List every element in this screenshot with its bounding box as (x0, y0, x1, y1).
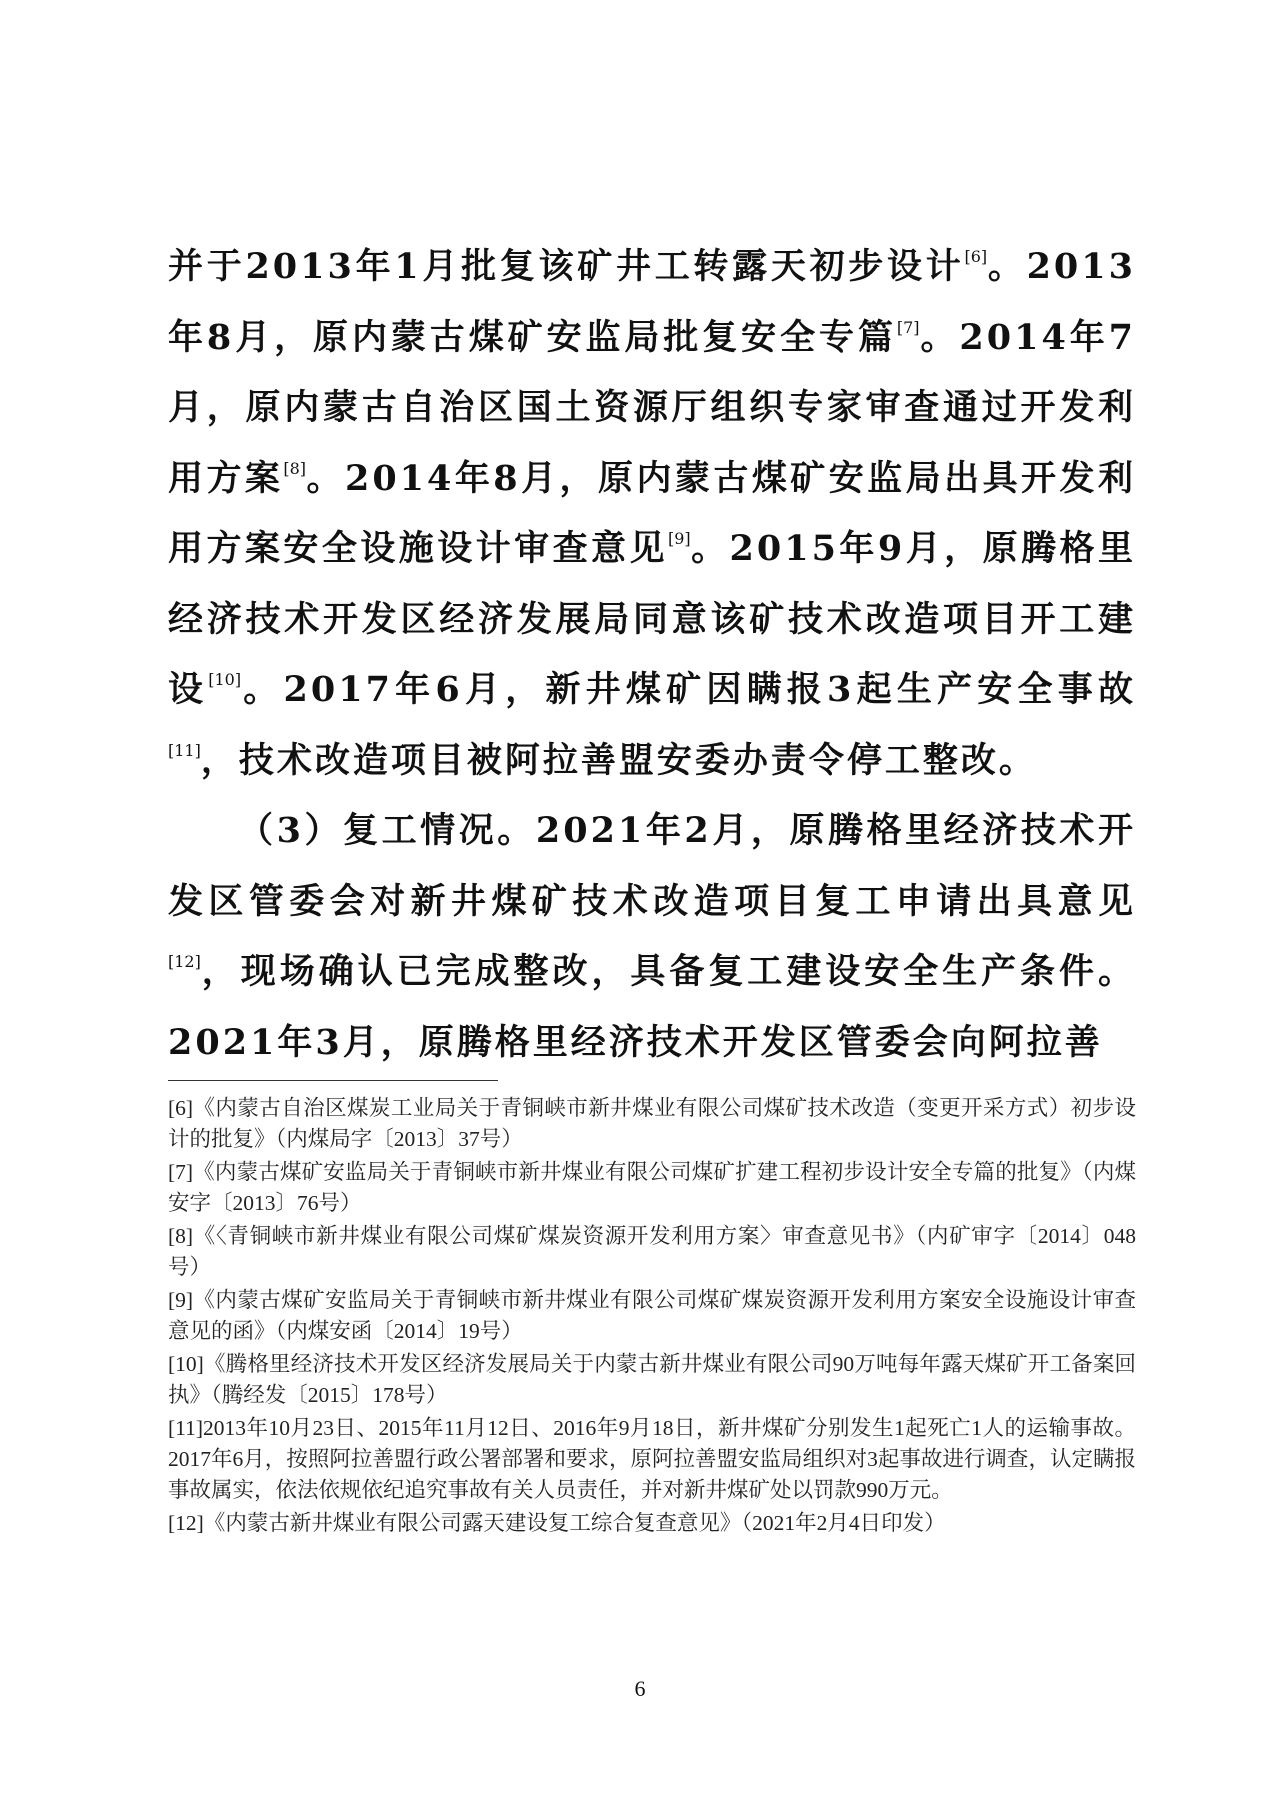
text-segment: ，现场确认已完成整改，具备复工建设安全生产条件。2021年3月，原腾格里经济技术… (168, 951, 1136, 1063)
text-segment: （3）复工情况。2021年2月，原腾格里经济技术开发区管委会对新井煤矿技术改造项… (168, 810, 1136, 922)
footnote-ref-9[interactable]: [9] (668, 529, 691, 548)
paragraph-1: 并于2013年1月批复该矿井工转露天初步设计[6]。2013年8月，原内蒙古煤矿… (168, 232, 1136, 796)
body-text: 并于2013年1月批复该矿井工转露天初步设计[6]。2013年8月，原内蒙古煤矿… (168, 232, 1136, 1078)
footnote-6: [6]《内蒙古自治区煤炭工业局关于青铜峡市新井煤业有限公司煤矿技术改造（变更开采… (168, 1093, 1136, 1155)
footnote-8: [8]《〈青铜峡市新井煤业有限公司煤矿煤炭资源开发利用方案〉审查意见书》（内矿审… (168, 1221, 1136, 1283)
footnote-7: [7]《内蒙古煤矿安监局关于青铜峡市新井煤业有限公司煤矿扩建工程初步设计安全专篇… (168, 1157, 1136, 1219)
footnote-ref-11[interactable]: [11] (168, 741, 201, 760)
footnote-ref-8[interactable]: [8] (283, 459, 306, 478)
footnote-10: [10]《腾格里经济技术开发区经济发展局关于内蒙古新井煤业有限公司90万吨每年露… (168, 1349, 1136, 1411)
text-segment: 并于2013年1月批复该矿井工转露天初步设计 (168, 246, 964, 287)
text-segment: ，技术改造项目被阿拉善盟安委办责令停工整改。 (201, 740, 1037, 781)
footnotes: [6]《内蒙古自治区煤炭工业局关于青铜峡市新井煤业有限公司煤矿技术改造（变更开采… (168, 1093, 1136, 1541)
footnote-ref-7[interactable]: [7] (897, 318, 920, 337)
footnote-ref-12[interactable]: [12] (168, 952, 201, 971)
document-page: 并于2013年1月批复该矿井工转露天初步设计[6]。2013年8月，原内蒙古煤矿… (0, 0, 1280, 1809)
footnote-11: [11]2013年10月23日、2015年11月12日、2016年9月18日，新… (168, 1413, 1136, 1506)
paragraph-2: （3）复工情况。2021年2月，原腾格里经济技术开发区管委会对新井煤矿技术改造项… (168, 796, 1136, 1078)
footnote-9: [9]《内蒙古煤矿安监局关于青铜峡市新井煤业有限公司煤矿煤炭资源开发利用方案安全… (168, 1285, 1136, 1347)
footnote-ref-6[interactable]: [6] (964, 247, 987, 266)
footnote-separator (168, 1080, 498, 1081)
footnote-12: [12]《内蒙古新井煤业有限公司露天建设复工综合复查意见》（2021年2月4日印… (168, 1508, 1136, 1539)
page-number: 6 (0, 1676, 1280, 1702)
text-segment: 。2017年6月，新井煤矿因瞒报3起生产安全事故 (241, 669, 1136, 710)
footnote-ref-10[interactable]: [10] (208, 670, 241, 689)
